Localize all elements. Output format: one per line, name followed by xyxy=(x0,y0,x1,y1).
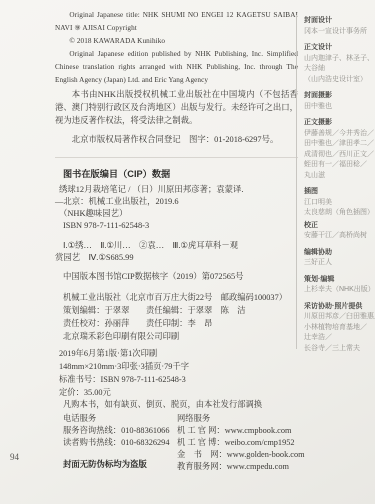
registration-block: 北京市版权局著作权合同登记 图字：01-2018-6297号。 xyxy=(55,133,298,146)
edu-service-line: 教育服务网：www.cmpedu.com xyxy=(177,461,305,473)
book-colophon-page: Original Japanese title: NHK SHUMI NO EN… xyxy=(0,0,375,504)
credit-line: （山内浩史设计室） xyxy=(304,75,372,86)
cip-block: 图书在版编目（CIP）数据 xyxy=(55,166,298,180)
network-service-column: 网络服务 机 工 官 网：www.cmpbook.com 机 工 官 博：wei… xyxy=(177,413,305,473)
page-number: 94 xyxy=(10,452,19,462)
original-title-paragraph: Original Japanese title: NHK SHUMI NO EN… xyxy=(55,9,298,35)
credit-label: 采访协助·照片提供 xyxy=(304,302,372,313)
credit-line: 安藤干江／高桥尚树 xyxy=(304,231,372,242)
service-block: 凡购本书，如有缺页、倒页、脱页，由本社发行部调换 电话服务 服务咨询热线：010… xyxy=(55,399,298,470)
copyright-holder-line: © 2018 KAWARADA Kunihiko xyxy=(55,35,298,48)
publisher-address-line: 机械工业出版社（北京市百万庄大街22号 邮政编码100037） xyxy=(55,291,298,304)
credit-section-text-design: 正文设计 山内迦津子、林圣子、 大谷紬 （山内浩史设计室） xyxy=(304,43,372,85)
credit-label: 插图 xyxy=(304,187,372,198)
printer-line: 北京瑞禾彩色印刷有限公司印刷 xyxy=(55,330,298,343)
credit-line: 川原田邦彦／臼田雅惠／ xyxy=(304,312,372,323)
print-info-block: 2019年6月第1版·第1次印刷 148mm×210mm·3印张·3插页·79千… xyxy=(55,347,298,399)
credit-line: 长谷寺／三上常夫 xyxy=(304,344,372,355)
publisher-block: 机械工业出版社（北京市百万庄大街22号 邮政编码100037） 策划编辑：于翠翠… xyxy=(55,291,298,343)
credit-section-text-photo: 正文摄影 伊藤善规／今井秀治／ 田中雅也／津田孝二／ 成清彻也／西川正文／ 蛭田… xyxy=(304,118,372,181)
cip-record-line: 中国版本图书馆CIP数据核字（2019）第072565号 xyxy=(55,271,298,283)
credit-line: 冈本一宣设计事务所 xyxy=(304,27,372,38)
cip-description: 绣球12月栽培笔记 / （日）川原田邦彦著；袁蒙译. —北京：机械工业出版社，2… xyxy=(55,184,298,232)
credit-label: 校正 xyxy=(304,221,372,232)
credit-line: 三好正人 xyxy=(304,258,372,269)
credits-sidebar: 封面设计 冈本一宣设计事务所 正文设计 山内迦津子、林圣子、 大谷紬 （山内浩史… xyxy=(304,16,372,360)
credit-label: 正文摄影 xyxy=(304,118,372,129)
credit-label: 编辑协助 xyxy=(304,248,372,259)
credit-section-illustration: 插图 江口明美 太良慈朗（角色插图） xyxy=(304,187,372,219)
cip-title-line: 绣球12月栽培笔记 / （日）川原田邦彦著；袁蒙译. xyxy=(55,184,298,196)
edition-printing-line: 2019年6月第1版·第1次印刷 xyxy=(55,347,298,360)
credit-line: 辻幸浩／ xyxy=(304,333,372,344)
price-line: 定价：35.00元 xyxy=(55,386,298,399)
service-notice: 凡购本书，如有缺页、倒页、脱页，由本社发行部调换 xyxy=(55,399,298,411)
cmp-website-line: 机 工 官 网：www.cmpbook.com xyxy=(177,425,305,437)
cip-series-line: （NHK趣味园艺） xyxy=(55,208,298,220)
cip-record: 中国版本图书馆CIP数据核字（2019）第072565号 xyxy=(55,271,298,283)
credit-line: 蛭田有一／福田稔／ xyxy=(304,160,372,171)
credit-section-planning-editing: 策划·编辑 上杉幸夫（NHK出版） xyxy=(304,275,372,296)
credit-label: 封面设计 xyxy=(304,16,372,27)
planning-editor-line: 策划编辑：于翠翠 责任编辑：于翠翠 陈 洁 xyxy=(55,304,298,317)
golden-book-line: 金 书 网：www.golden-book.com xyxy=(177,449,305,461)
credit-section-cover-photo: 封面摄影 田中雅也 xyxy=(304,91,372,112)
cip-header: 图书在版编目（CIP）数据 xyxy=(55,166,298,180)
cmp-weibo-line: 机 工 官 博：weibo.com/cmp1952 xyxy=(177,437,305,449)
credit-line: 田中雅也／津田孝二／ xyxy=(304,139,372,150)
credit-section-cover-design: 封面设计 冈本一宣设计事务所 xyxy=(304,16,372,37)
proofreader-line: 责任校对：孙丽萍 责任印制：李 昂 xyxy=(55,317,298,330)
network-service-header: 网络服务 xyxy=(177,413,305,425)
credit-section-interview-photos: 采访协助·照片提供 川原田邦彦／臼田雅惠／ 小林植物培育基地／ 辻幸浩／ 长谷寺… xyxy=(304,302,372,355)
credit-line: 伊藤善规／今井秀治／ xyxy=(304,129,372,140)
credit-line: 太良慈朗（角色插图） xyxy=(304,208,372,219)
credit-label: 策划·编辑 xyxy=(304,275,372,286)
credit-section-proofreading: 校正 安藤干江／高桥尚树 xyxy=(304,221,372,242)
english-copyright-block: Original Japanese title: NHK SHUMI NO EN… xyxy=(55,9,298,87)
cip-publisher-line: —北京：机械工业出版社，2019.6 xyxy=(55,196,298,208)
copyright-registration-line: 北京市版权局著作权合同登记 图字：01-2018-6297号。 xyxy=(55,133,298,146)
cip-classification-line: Ⅰ.①绣… Ⅱ.①川… ②袁… Ⅲ.①虎耳草科－观 xyxy=(55,240,298,252)
credit-label: 封面摄影 xyxy=(304,91,372,102)
cip-classification: Ⅰ.①绣… Ⅱ.①川… ②袁… Ⅲ.①虎耳草科－观 赏园艺 Ⅳ.①S685.99 xyxy=(55,240,298,264)
standard-isbn-line: 标准书号：ISBN 978-7-111-62548-3 xyxy=(55,373,298,386)
credit-line: 江口明美 xyxy=(304,198,372,209)
column-divider xyxy=(296,15,297,349)
credit-line: 小林植物培育基地／ xyxy=(304,323,372,334)
credit-section-editing-assist: 编辑协助 三好正人 xyxy=(304,248,372,269)
credit-line: 田中雅也 xyxy=(304,102,372,113)
credit-line: 山内迦津子、林圣子、 xyxy=(304,54,372,65)
distribution-rights-paragraph: 本书由NHK出版授权机械工业出版社在中国境内（不包括香港、澳门特别行政区及台湾地… xyxy=(55,88,298,127)
cip-isbn-line: ISBN 978-7-111-62548-3 xyxy=(55,220,298,232)
credit-line: 丸山滋 xyxy=(304,171,372,182)
credit-label: 正文设计 xyxy=(304,43,372,54)
format-line: 148mm×210mm·3印张·3插页·79千字 xyxy=(55,360,298,373)
edition-paragraph: Original Japanese edition published by N… xyxy=(55,48,298,87)
credit-line: 大谷紬 xyxy=(304,64,372,75)
credit-line: 上杉幸夫（NHK出版） xyxy=(304,285,372,296)
credit-line: 成清彻也／西川正文／ xyxy=(304,150,372,161)
distribution-rights-block: 本书由NHK出版授权机械工业出版社在中国境内（不包括香港、澳门特别行政区及台湾地… xyxy=(55,88,298,127)
cip-classification-line: 赏园艺 Ⅳ.①S685.99 xyxy=(55,252,298,264)
cip-top-rule xyxy=(55,157,298,158)
